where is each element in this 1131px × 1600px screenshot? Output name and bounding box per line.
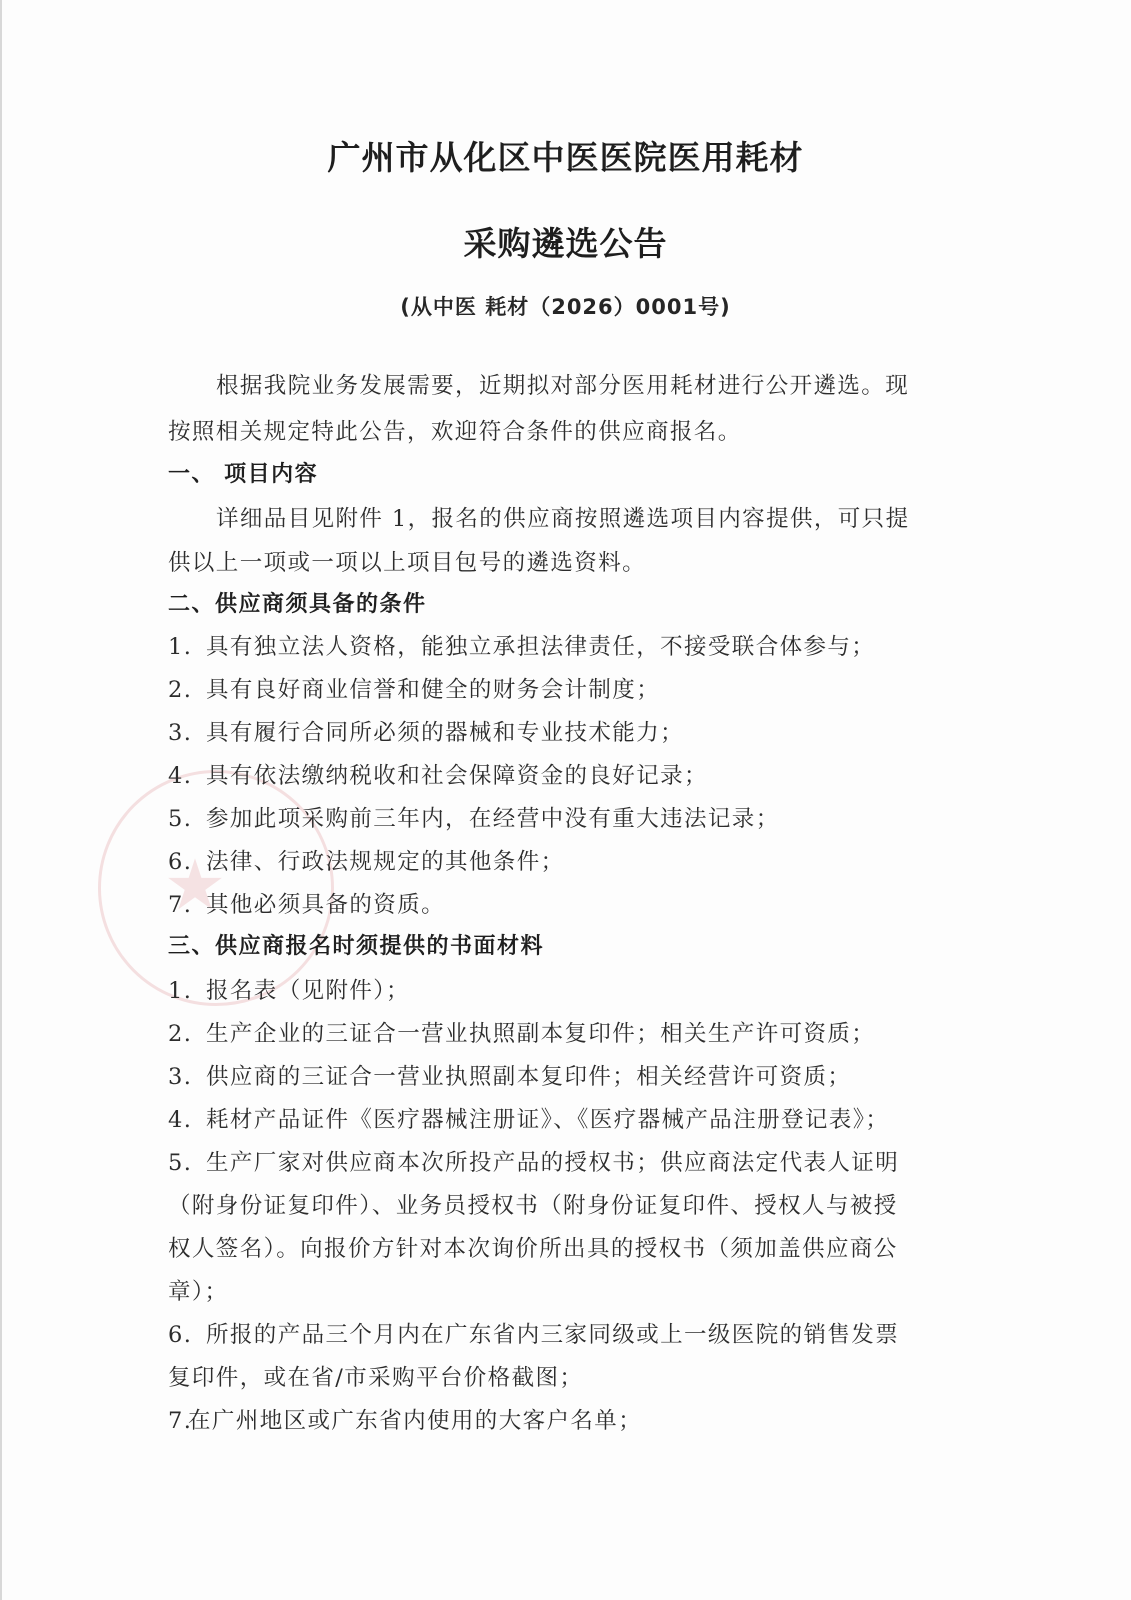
item-number: 6. [168,1320,206,1350]
material-item-5-line-2: （附身份证复印件）、业务员授权书（附身份证复印件、授权人与被授 [168,1191,958,1221]
item-number: 6. [168,847,206,877]
material-item-6-line-2: 复印件，或在省/市采购平台价格截图； [168,1363,958,1393]
item-text: 耗材产品证件《医疗器械注册证》、《医疗器械产品注册登记表》； [206,1107,889,1133]
intro-line-2: 按照相关规定特此公告，欢迎符合条件的供应商报名。 [168,417,958,447]
item-text: 具有依法缴纳税收和社会保障资金的良好记录； [206,763,708,789]
section1-paragraph-line-2: 供以上一项或一项以上项目包号的遴选资料。 [168,548,958,578]
item-text: 参加此项采购前三年内，在经营中没有重大违法记录； [206,806,780,832]
material-item: 4.耗材产品证件《医疗器械注册证》、《医疗器械产品注册登记表》； [168,1105,958,1135]
material-item: 1.报名表（见附件）； [168,976,958,1006]
material-item: 2.生产企业的三证合一营业执照副本复印件；相关生产许可资质； [168,1019,958,1049]
item-text: 报名表（见附件）； [206,978,410,1004]
condition-item: 2.具有良好商业信誉和健全的财务会计制度； [168,675,958,705]
intro-line-1: 根据我院业务发展需要，近期拟对部分医用耗材进行公开遴选。现 [216,371,1006,401]
item-number: 5. [168,1148,206,1178]
document-title-line2: 采购遴选公告 [0,218,1131,265]
item-number: 3. [168,718,206,748]
item-number: 1. [168,632,206,662]
section-heading-supplier-conditions: 二、供应商须具备的条件 [168,590,958,620]
item-number: 1. [168,976,206,1006]
section-heading-required-materials: 三、供应商报名时须提供的书面材料 [168,932,958,962]
item-number: 3. [168,1062,206,1092]
material-item-5-line-1: 5.生产厂家对供应商本次所投产品的授权书；供应商法定代表人证明 [168,1148,958,1178]
condition-item: 4.具有依法缴纳税收和社会保障资金的良好记录； [168,761,958,791]
item-text: 生产企业的三证合一营业执照副本复印件；相关生产许可资质； [206,1021,875,1047]
item-text: 在广州地区或广东省内使用的大客户名单； [188,1408,642,1434]
condition-item: 7.其他必须具备的资质。 [168,890,958,920]
item-text: 具有良好商业信誉和健全的财务会计制度； [206,677,660,703]
item-text: 法律、行政法规规定的其他条件； [206,849,565,875]
condition-item: 3.具有履行合同所必须的器械和专业技术能力； [168,718,958,748]
material-item: 7.在广州地区或广东省内使用的大客户名单； [168,1406,958,1436]
item-number: 7. [168,890,206,920]
item-text: 所报的产品三个月内在广东省内三家同级或上一级医院的销售发票 [206,1322,899,1348]
document-title-line1: 广州市从化区中医医院医用耗材 [0,132,1131,179]
section-heading-project-content: 一、 项目内容 [168,460,958,490]
condition-item: 5.参加此项采购前三年内，在经营中没有重大违法记录； [168,804,958,834]
condition-item: 1.具有独立法人资格，能独立承担法律责任，不接受联合体参与； [168,632,958,662]
item-number: 5. [168,804,206,834]
material-item-6-line-1: 6.所报的产品三个月内在广东省内三家同级或上一级医院的销售发票 [168,1320,958,1350]
material-item: 3.供应商的三证合一营业执照副本复印件；相关经营许可资质； [168,1062,958,1092]
document-number: (从中医 耗材（2026）0001号) [0,291,1131,321]
item-text: 生产厂家对供应商本次所投产品的授权书；供应商法定代表人证明 [206,1150,899,1176]
item-number: 2. [168,1019,206,1049]
condition-item: 6.法律、行政法规规定的其他条件； [168,847,958,877]
material-item-5-line-4: 章）； [168,1277,958,1307]
item-number: 2. [168,675,206,705]
item-text: 具有独立法人资格，能独立承担法律责任，不接受联合体参与； [206,634,875,660]
item-number: 4. [168,1105,206,1135]
item-text: 具有履行合同所必须的器械和专业技术能力； [206,720,684,746]
item-text: 供应商的三证合一营业执照副本复印件；相关经营许可资质； [206,1064,851,1090]
item-text: 其他必须具备的资质。 [206,892,445,918]
item-number: 7. [168,1406,188,1436]
section1-paragraph-line-1: 详细品目见附件 1，报名的供应商按照遴选项目内容提供，可只提 [216,504,1006,534]
material-item-5-line-3: 权人签名）。向报价方针对本次询价所出具的授权书（须加盖供应商公 [168,1234,958,1264]
item-number: 4. [168,761,206,791]
document-page: ★ 广州市从化区中医医院医用耗材 采购遴选公告 (从中医 耗材（2026）000… [0,0,1131,1600]
